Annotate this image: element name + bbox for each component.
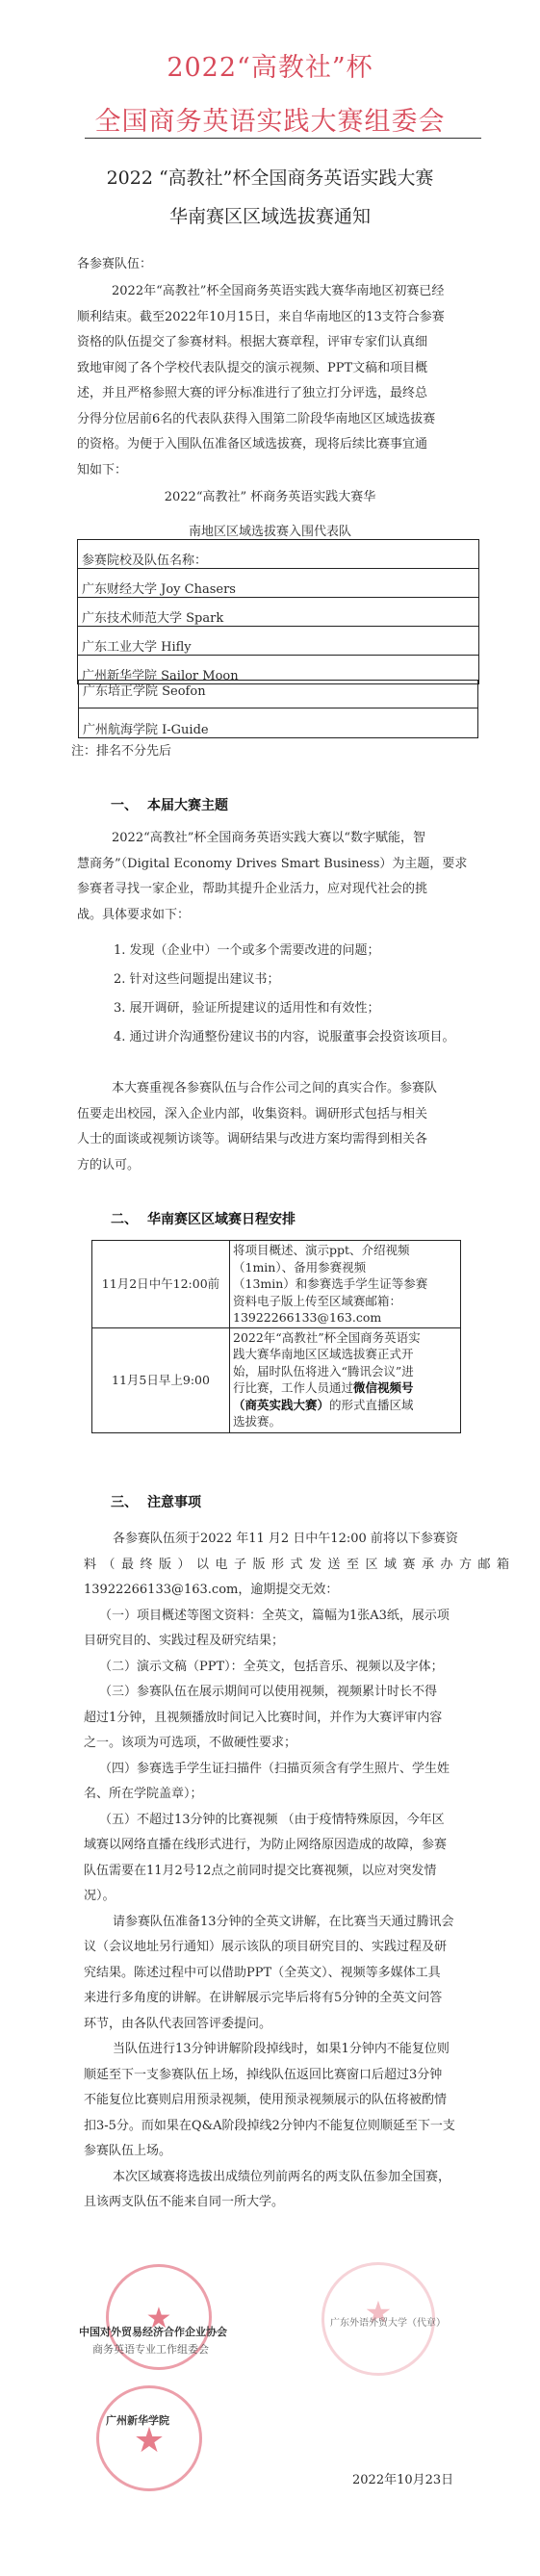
paragraph-line: 议（会议地址另行通知）展示该队的项目研究目的、实践过程及研 — [84, 1935, 480, 1961]
letterhead-line-2: 全国商务英语实践大赛组委会 — [0, 100, 540, 138]
intro-line: 资格的队伍提交了参赛材料。根据大赛章程，评审专家们认真细 — [77, 330, 476, 356]
intro-line: 致地审阅了各个学校代表队提交的演示视频、PPT文稿和项目概 — [77, 356, 476, 382]
section-1-heading: 一、本届大赛主题 — [111, 795, 228, 814]
paragraph-line: 战。具体要求如下： — [77, 903, 481, 929]
teams-caption-line-1: 2022“高教社” 杯商务英语实践大赛华 — [0, 486, 540, 504]
section-title: 本届大赛主题 — [147, 798, 228, 813]
teams-table: 参赛院校及队伍名称： 广东财经大学 Joy Chasers 广东技术师范大学 S… — [77, 539, 479, 684]
requirement-item: 4. 通过讲介沟通整份建议书的内容，说服董事会投资该项目。 — [114, 1026, 455, 1044]
section-title: 华南赛区区域赛日程安排 — [147, 1212, 296, 1227]
notice-item-2: （二）演示文稿（PPT）：全英文，包括音乐、视频以及字体； — [84, 1655, 480, 1681]
schedule-description: 将项目概述、演示ppt、介绍视频 （1min）、备用参赛视频 （13min）和参… — [230, 1241, 461, 1328]
paragraph-line: 伍要走出校园，深入企业内部，收集资料。调研形式包括与相关 — [77, 1102, 481, 1128]
section-1-paragraph-2: 本大赛重视各参赛队伍与合作公司之间的真实合作。参赛队 伍要走出校园，深入企业内部… — [77, 1076, 481, 1178]
salutation: 各参赛队伍： — [77, 252, 152, 278]
bold-text: （商英实践大赛） — [233, 1398, 329, 1412]
notice-item-4-cont: 名、所在学院盖章）； — [84, 1782, 480, 1808]
paragraph-line: 扣3-5分。而如果在Q&A阶段掉线2分钟内不能复位则顺延至下一支 — [84, 2114, 480, 2140]
paragraph-line: 参赛者寻找一家企业，帮助其提升企业活力，应对现代社会的挑 — [77, 877, 481, 903]
paragraph-line: 来进行多角度的讲解。在讲解展示完毕后将有5分钟的全英文问答 — [84, 1986, 480, 2012]
paragraph-line: 13922266133@163.com，逾期提交无效： — [84, 1578, 480, 1604]
table-row: 广东技术师范大学 Spark — [78, 598, 479, 627]
notice-item-3-cont: 之一。该项为可选项，不做硬性要求； — [84, 1731, 480, 1757]
team-cell: 广东财经大学 Joy Chasers — [78, 569, 479, 598]
paragraph-line: 当队伍进行13分钟讲解阶段掉线时，如果1分钟内不能复位则 — [84, 2037, 480, 2063]
notice-title-line-1: 2022 “高教社”杯全国商务英语实践大赛 — [0, 164, 540, 190]
team-cell: 广东技术师范大学 Spark — [78, 598, 479, 627]
paragraph-line: 慧商务”（Digital Economy Drives Smart Busine… — [77, 852, 481, 878]
intro-paragraph: 2022年“高教社”杯全国商务英语实践大赛华南地区初赛已经 顺利结束。截至202… — [77, 279, 476, 483]
paragraph-line: 料（最终版）以电子版形式发送至区域赛承办方邮箱 — [84, 1553, 480, 1579]
paragraph-line: 不能复位比赛则启用预录视频，使用预录视频展示的队伍将被酌情 — [84, 2088, 480, 2114]
schedule-description: 2022年“高教社”杯全国商务英语实 践大赛华南地区区域选拔赛正式开 始，届时队… — [230, 1327, 461, 1432]
description-line: （13min）和参赛选手学生证等参赛 — [233, 1275, 457, 1293]
notice-item-1-cont: 目研究目的、实践过程及研究结果； — [84, 1629, 480, 1655]
section-title: 注意事项 — [147, 1495, 201, 1510]
notice-item-5-cont: 域赛以网络直播在线形式进行，为防止网络原因造成的故障，参赛 — [84, 1833, 480, 1859]
schedule-date: 11月5日早上9:00 — [92, 1327, 230, 1432]
signatory-org-3: 广州新华学院 — [106, 2412, 169, 2428]
text-segment: 的形式直播区域 — [329, 1398, 414, 1412]
notice-title-line-2: 华南赛区区域选拔赛通知 — [0, 202, 540, 228]
notice-item-3-cont: 超过1分钟，且视频播放时间记入比赛时间，并作为大赛评审内容 — [84, 1706, 480, 1732]
paragraph-line: 且该两支队伍不能来自同一所大学。 — [84, 2190, 480, 2216]
description-line: 将项目概述、演示ppt、介绍视频 — [233, 1242, 457, 1259]
description-line: （1min）、备用参赛视频 — [233, 1259, 457, 1276]
table-row: 11月2日中午12:00前 将项目概述、演示ppt、介绍视频 （1min）、备用… — [92, 1241, 461, 1328]
notice-item-5: （五）不超过13分钟的比赛视频 （由于疫情特殊原因，今年区 — [84, 1808, 480, 1834]
teams-caption-line-2: 南地区区域选拔赛入围代表队 — [0, 521, 540, 539]
description-line: （商英实践大赛）的形式直播区域 — [233, 1397, 457, 1414]
table-row: 广东培正学院 Seofon — [79, 681, 478, 708]
letterhead-line-1: 2022“高教社”杯 — [0, 46, 540, 84]
section-3-heading: 三、注意事项 — [111, 1492, 201, 1511]
section-number: 一、 — [111, 795, 147, 814]
notice-item-5-cont: 队伍需要在11月2号12点之前同时提交比赛视频，以应对突发情 — [84, 1859, 480, 1885]
notice-item-1: （一）项目概述等图文资料：全英文，篇幅为1张A3纸，展示项 — [84, 1604, 480, 1630]
paragraph-line: 本大赛重视各参赛队伍与合作公司之间的真实合作。参赛队 — [77, 1076, 481, 1102]
teams-table-continued: 广东培正学院 Seofon 广州航海学院 I-Guide — [78, 680, 478, 738]
signature-date: 2022年10月23日 — [352, 2469, 453, 2487]
seal-stamp-xinhua: ★ — [96, 2385, 202, 2491]
schedule-table: 11月2日中午12:00前 将项目概述、演示ppt、介绍视频 （1min）、备用… — [91, 1240, 461, 1433]
signatory-org-1-sub: 商务英语专业工作组委会 — [92, 2341, 209, 2357]
description-line: 2022年“高教社”杯全国商务英语实 — [233, 1329, 457, 1347]
requirement-item: 3. 展开调研，验证所提建议的适用性和有效性； — [114, 997, 380, 1016]
team-cell: 广州航海学院 I-Guide — [79, 708, 478, 738]
notice-item-4: （四）参赛选手学生证扫描件（扫描页须含有学生照片、学生姓 — [84, 1757, 480, 1783]
bold-text: 微信视频号 — [353, 1380, 414, 1395]
paragraph-line: 人士的面谈或视频访谈等。调研结果与改进方案均需得到相关各 — [77, 1127, 481, 1153]
table-row: 广东财经大学 Joy Chasers — [78, 569, 479, 598]
paragraph-line: 请参赛队伍准备13分钟的全英文讲解，在比赛当天通过腾讯会 — [84, 1910, 480, 1936]
signatory-org-2: 广东外语外贸大学（代章） — [330, 2314, 446, 2329]
paragraph-line: 方的认可。 — [77, 1153, 481, 1179]
paragraph-line: 本次区域赛将选拔出成绩位列前两名的两支队伍参加全国赛， — [84, 2165, 480, 2191]
schedule-date: 11月2日中午12:00前 — [92, 1241, 230, 1328]
paragraph-line: 究结果。陈述过程中可以借助PPT（全英文）、视频等多媒体工具 — [84, 1961, 480, 1987]
description-line: 资料电子版上传至区域赛邮箱： — [233, 1293, 457, 1310]
table-header-row: 参赛院校及队伍名称： — [78, 540, 479, 569]
intro-line: 知如下： — [77, 458, 476, 484]
ranking-note: 注：排名不分先后 — [71, 739, 171, 765]
table-row: 广州航海学院 I-Guide — [79, 708, 478, 738]
section-number: 二、 — [111, 1209, 147, 1228]
intro-line: 顺利结束。截至2022年10月15日，来自华南地区的13支符合参赛 — [77, 305, 476, 331]
section-2-heading: 二、华南赛区区域赛日程安排 — [111, 1209, 296, 1228]
notice-item-3: （三）参赛队伍在展示期间可以使用视频，视频累计时长不得 — [84, 1680, 480, 1706]
paragraph-line: 各参赛队伍须于2022 年11 月2 日中午12:00 前将以下参赛资 — [84, 1527, 480, 1553]
notice-item-5-cont: 况）。 — [84, 1884, 480, 1910]
description-line: 选拔赛。 — [233, 1413, 457, 1430]
table-header-cell: 参赛院校及队伍名称： — [78, 540, 479, 569]
description-line: 践大赛华南地区区域选拔赛正式开 — [233, 1346, 457, 1363]
paragraph-line: 顺延至下一支参赛队伍上场，掉线队伍返回比赛窗口后超过3分钟 — [84, 2063, 480, 2089]
intro-line: 分得分位居前6名的代表队获得入围第二阶段华南地区区域选拔赛 — [77, 407, 476, 433]
team-cell: 广东工业大学 Hifly — [78, 627, 479, 656]
paragraph-line: 参赛队伍上场。 — [84, 2139, 480, 2165]
intro-line: 2022年“高教社”杯全国商务英语实践大赛华南地区初赛已经 — [77, 279, 476, 305]
table-row: 11月5日早上9:00 2022年“高教社”杯全国商务英语实 践大赛华南地区区域… — [92, 1327, 461, 1432]
description-line: 始，届时队伍将进入“腾讯会议”进 — [233, 1363, 457, 1380]
table-row: 广东工业大学 Hifly — [78, 627, 479, 656]
requirement-item: 2. 针对这些问题提出建议书； — [114, 968, 280, 987]
section-number: 三、 — [111, 1492, 147, 1511]
description-line: 行比赛，工作人员通过微信视频号 — [233, 1379, 457, 1397]
requirement-item: 1. 发现（企业中）一个或多个需要改进的问题； — [114, 940, 380, 958]
signatory-org-1: 中国对外贸易经济合作企业协会 — [79, 2324, 227, 2339]
intro-line: 述，并且严格参照大赛的评分标准进行了独立打分评选，最终总 — [77, 381, 476, 407]
email-address: 13922266133@163.com — [233, 1309, 457, 1327]
paragraph-line: 环节，由各队代表回答评委提问。 — [84, 2012, 480, 2038]
letterhead-divider — [85, 138, 481, 139]
text-segment: 行比赛，工作人员通过 — [233, 1380, 353, 1395]
section-1-paragraph: 2022“高教社”杯全国商务英语实践大赛以“数字赋能，智 慧商务”（Digita… — [77, 826, 481, 928]
section-3-content: 各参赛队伍须于2022 年11 月2 日中午12:00 前将以下参赛资 料（最终… — [84, 1527, 480, 2216]
paragraph-line: 2022“高教社”杯全国商务英语实践大赛以“数字赋能，智 — [77, 826, 481, 852]
intro-line: 的资格。为便于入围队伍准备区域选拔赛，现将后续比赛事宜通 — [77, 432, 476, 458]
team-cell: 广东培正学院 Seofon — [79, 681, 478, 708]
